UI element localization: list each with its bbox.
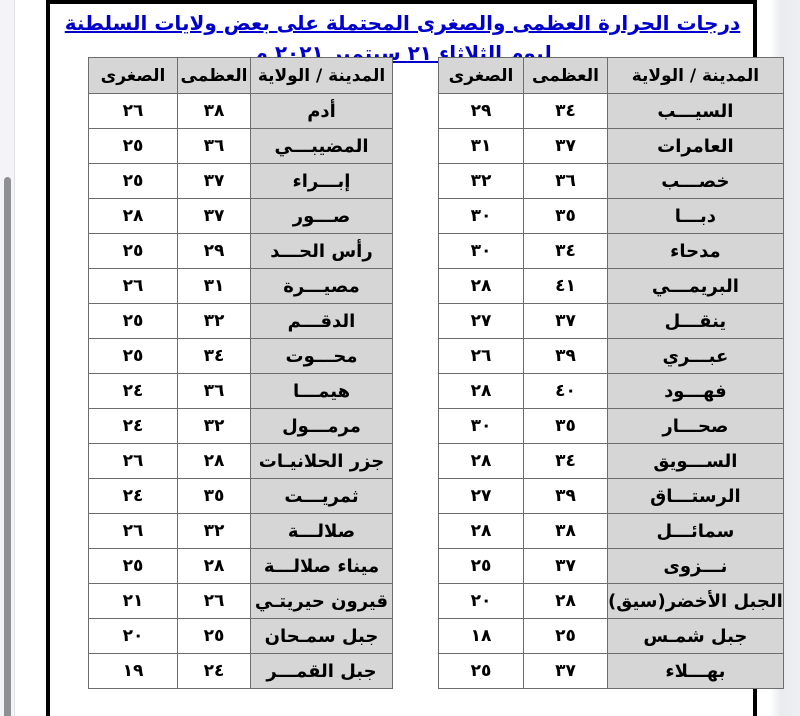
table-row: ثمريـــت٣٥٢٤ bbox=[89, 479, 393, 514]
table-row: جبل القمـــر٢٤١٩ bbox=[89, 654, 393, 689]
table-row: صحـــار٣٥٣٠ bbox=[439, 409, 784, 444]
city-cell: الســـويق bbox=[608, 444, 784, 479]
table-row: نـــزوى٣٧٢٥ bbox=[439, 549, 784, 584]
min-temp-cell: ٢٥ bbox=[89, 234, 178, 269]
min-temp-cell: ٢٧ bbox=[439, 479, 524, 514]
city-cell: ثمريـــت bbox=[251, 479, 393, 514]
screenshot-root: { "title": "درجات الحرارة العظمى والصغرى… bbox=[0, 0, 800, 716]
city-cell: المضيبـــي bbox=[251, 129, 393, 164]
max-temp-cell: ٣٤ bbox=[524, 94, 608, 129]
min-temp-cell: ١٩ bbox=[89, 654, 178, 689]
city-cell: ينقـــل bbox=[608, 304, 784, 339]
max-temp-cell: ٢٨ bbox=[178, 444, 251, 479]
table-row: جزر الحلانيـات٢٨٢٦ bbox=[89, 444, 393, 479]
table-row: البريمـــي٤١٢٨ bbox=[439, 269, 784, 304]
max-temp-cell: ٣٩ bbox=[524, 339, 608, 374]
city-cell: نـــزوى bbox=[608, 549, 784, 584]
table-row: العامرات٣٧٣١ bbox=[439, 129, 784, 164]
table-row: مرمـــول٣٢٢٤ bbox=[89, 409, 393, 444]
table-header-row: المدينة / الولاية العظمى الصغرى bbox=[89, 58, 393, 94]
max-temp-cell: ٣٤ bbox=[524, 444, 608, 479]
min-temp-cell: ٣٠ bbox=[439, 409, 524, 444]
min-temp-cell: ٢٥ bbox=[89, 304, 178, 339]
city-cell: البريمـــي bbox=[608, 269, 784, 304]
city-cell: صلالـــة bbox=[251, 514, 393, 549]
table-row: ينقـــل٣٧٢٧ bbox=[439, 304, 784, 339]
city-cell: بهـــلاء bbox=[608, 654, 784, 689]
city-cell: هيمـــا bbox=[251, 374, 393, 409]
table-row: إبـــراء٣٧٢٥ bbox=[89, 164, 393, 199]
max-temp-cell: ٣٦ bbox=[524, 164, 608, 199]
city-cell: مدحاء bbox=[608, 234, 784, 269]
max-temp-cell: ٣٤ bbox=[178, 339, 251, 374]
city-cell: العامرات bbox=[608, 129, 784, 164]
city-cell: جبل شمـس bbox=[608, 619, 784, 654]
min-temp-cell: ٢٤ bbox=[89, 374, 178, 409]
table-row: الدقـــم٣٢٢٥ bbox=[89, 304, 393, 339]
city-cell: جزر الحلانيـات bbox=[251, 444, 393, 479]
city-cell: جبل سمـحان bbox=[251, 619, 393, 654]
min-temp-cell: ٢٤ bbox=[89, 479, 178, 514]
city-cell: سمائـــل bbox=[608, 514, 784, 549]
max-temp-cell: ٣٦ bbox=[178, 129, 251, 164]
max-temp-cell: ٣٧ bbox=[178, 199, 251, 234]
max-temp-cell: ٣٧ bbox=[524, 304, 608, 339]
max-temp-column-header: العظمى bbox=[178, 58, 251, 94]
table-row: محـــوت٣٤٢٥ bbox=[89, 339, 393, 374]
city-cell: مرمـــول bbox=[251, 409, 393, 444]
table-row: فهـــود٤٠٢٨ bbox=[439, 374, 784, 409]
temperature-table-left: المدينة / الولاية العظمى الصغرى أدم٣٨٢٦ا… bbox=[88, 57, 393, 689]
max-temp-cell: ٣٩ bbox=[524, 479, 608, 514]
city-cell: جبل القمـــر bbox=[251, 654, 393, 689]
table-row: صلالـــة٣٢٢٦ bbox=[89, 514, 393, 549]
max-temp-cell: ٢٩ bbox=[178, 234, 251, 269]
city-cell: عبـــري bbox=[608, 339, 784, 374]
max-temp-cell: ٣٧ bbox=[524, 549, 608, 584]
min-temp-cell: ٢٦ bbox=[89, 94, 178, 129]
table-row: صـــور٣٧٢٨ bbox=[89, 199, 393, 234]
max-temp-cell: ٣٢ bbox=[178, 304, 251, 339]
max-temp-cell: ٣٢ bbox=[178, 409, 251, 444]
min-temp-cell: ٢٤ bbox=[89, 409, 178, 444]
min-temp-cell: ٢٨ bbox=[439, 269, 524, 304]
vertical-scrollbar-track[interactable] bbox=[0, 0, 15, 716]
max-temp-cell: ٣٥ bbox=[178, 479, 251, 514]
table-row: مدحاء٣٤٣٠ bbox=[439, 234, 784, 269]
min-temp-cell: ٣٠ bbox=[439, 199, 524, 234]
table-row: جبل سمـحان٢٥٢٠ bbox=[89, 619, 393, 654]
city-cell: فهـــود bbox=[608, 374, 784, 409]
vertical-scrollbar-thumb[interactable] bbox=[4, 177, 11, 716]
city-cell: محـــوت bbox=[251, 339, 393, 374]
table-row: السيـــب٣٤٢٩ bbox=[439, 94, 784, 129]
table-row: الســـويق٣٤٢٨ bbox=[439, 444, 784, 479]
min-temp-cell: ٢٦ bbox=[89, 269, 178, 304]
min-temp-cell: ٢٦ bbox=[439, 339, 524, 374]
max-temp-column-header: العظمى bbox=[524, 58, 608, 94]
min-temp-cell: ٢٥ bbox=[89, 164, 178, 199]
max-temp-cell: ٣٧ bbox=[178, 164, 251, 199]
city-column-header: المدينة / الولاية bbox=[608, 58, 784, 94]
city-cell: دبـــا bbox=[608, 199, 784, 234]
max-temp-cell: ٢٥ bbox=[178, 619, 251, 654]
min-temp-cell: ٢١ bbox=[89, 584, 178, 619]
max-temp-cell: ٣٨ bbox=[178, 94, 251, 129]
table-row: بهـــلاء٣٧٢٥ bbox=[439, 654, 784, 689]
table-header-row: المدينة / الولاية العظمى الصغرى bbox=[439, 58, 784, 94]
city-cell: صحـــار bbox=[608, 409, 784, 444]
table-row: خصـــب٣٦٣٢ bbox=[439, 164, 784, 199]
min-temp-cell: ٢٥ bbox=[89, 339, 178, 374]
max-temp-cell: ٣٦ bbox=[178, 374, 251, 409]
city-cell: رأس الحـــد bbox=[251, 234, 393, 269]
max-temp-cell: ٢٤ bbox=[178, 654, 251, 689]
table-row: رأس الحـــد٢٩٢٥ bbox=[89, 234, 393, 269]
min-temp-cell: ٢٥ bbox=[89, 129, 178, 164]
table-row: هيمـــا٣٦٢٤ bbox=[89, 374, 393, 409]
city-cell: السيـــب bbox=[608, 94, 784, 129]
max-temp-cell: ٣٨ bbox=[524, 514, 608, 549]
table-row: ميناء صلالـــة٢٨٢٥ bbox=[89, 549, 393, 584]
table-row: المضيبـــي٣٦٢٥ bbox=[89, 129, 393, 164]
table-row: سمائـــل٣٨٢٨ bbox=[439, 514, 784, 549]
min-temp-cell: ٢٥ bbox=[439, 549, 524, 584]
min-temp-cell: ٢٥ bbox=[439, 654, 524, 689]
max-temp-cell: ٣٤ bbox=[524, 234, 608, 269]
max-temp-cell: ٤١ bbox=[524, 269, 608, 304]
min-temp-cell: ٢٨ bbox=[439, 374, 524, 409]
min-temp-cell: ٣٠ bbox=[439, 234, 524, 269]
table-row: أدم٣٨٢٦ bbox=[89, 94, 393, 129]
max-temp-cell: ٣٧ bbox=[524, 129, 608, 164]
min-temp-column-header: الصغرى bbox=[439, 58, 524, 94]
min-temp-cell: ٢٠ bbox=[439, 584, 524, 619]
max-temp-cell: ٣٥ bbox=[524, 199, 608, 234]
min-temp-cell: ٢٠ bbox=[89, 619, 178, 654]
table-row: الرستـــاق٣٩٢٧ bbox=[439, 479, 784, 514]
max-temp-cell: ٢٨ bbox=[178, 549, 251, 584]
min-temp-cell: ٢٥ bbox=[89, 549, 178, 584]
city-cell: ميناء صلالـــة bbox=[251, 549, 393, 584]
min-temp-cell: ٢٩ bbox=[439, 94, 524, 129]
min-temp-cell: ٢٦ bbox=[89, 514, 178, 549]
max-temp-cell: ٣٥ bbox=[524, 409, 608, 444]
max-temp-cell: ٣١ bbox=[178, 269, 251, 304]
city-cell: قيرون حيريتـي bbox=[251, 584, 393, 619]
min-temp-cell: ٣١ bbox=[439, 129, 524, 164]
max-temp-cell: ٤٠ bbox=[524, 374, 608, 409]
min-temp-cell: ٢٦ bbox=[89, 444, 178, 479]
city-cell: الدقـــم bbox=[251, 304, 393, 339]
max-temp-cell: ٣٧ bbox=[524, 654, 608, 689]
city-cell: إبـــراء bbox=[251, 164, 393, 199]
max-temp-cell: ٣٢ bbox=[178, 514, 251, 549]
min-temp-cell: ٣٢ bbox=[439, 164, 524, 199]
min-temp-cell: ٢٧ bbox=[439, 304, 524, 339]
min-temp-column-header: الصغرى bbox=[89, 58, 178, 94]
city-cell: الجبل الأخضر(سيق) bbox=[608, 584, 784, 619]
max-temp-cell: ٢٨ bbox=[524, 584, 608, 619]
table-row: مصيـــرة٣١٢٦ bbox=[89, 269, 393, 304]
city-cell: خصـــب bbox=[608, 164, 784, 199]
city-cell: أدم bbox=[251, 94, 393, 129]
table-row: عبـــري٣٩٢٦ bbox=[439, 339, 784, 374]
city-column-header: المدينة / الولاية bbox=[251, 58, 393, 94]
min-temp-cell: ٢٨ bbox=[439, 444, 524, 479]
temperature-table-right: المدينة / الولاية العظمى الصغرى السيـــب… bbox=[438, 57, 784, 689]
min-temp-cell: ٢٨ bbox=[89, 199, 178, 234]
city-cell: مصيـــرة bbox=[251, 269, 393, 304]
table-row: الجبل الأخضر(سيق)٢٨٢٠ bbox=[439, 584, 784, 619]
table-row: دبـــا٣٥٣٠ bbox=[439, 199, 784, 234]
table-row: قيرون حيريتـي٢٦٢١ bbox=[89, 584, 393, 619]
min-temp-cell: ١٨ bbox=[439, 619, 524, 654]
city-cell: الرستـــاق bbox=[608, 479, 784, 514]
city-cell: صـــور bbox=[251, 199, 393, 234]
max-temp-cell: ٢٦ bbox=[178, 584, 251, 619]
max-temp-cell: ٢٥ bbox=[524, 619, 608, 654]
table-row: جبل شمـس٢٥١٨ bbox=[439, 619, 784, 654]
min-temp-cell: ٢٨ bbox=[439, 514, 524, 549]
